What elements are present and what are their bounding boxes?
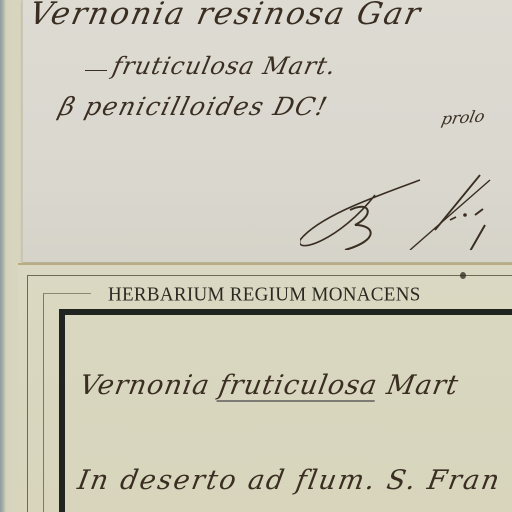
taxon-name: Vernonia fruticulosa Mart (77, 370, 461, 401)
taxon-genus: Vernonia (77, 370, 212, 401)
determination-line-2-text: fruticulosa Mart. (110, 52, 339, 80)
determination-line-1: Vernonia resinosa Gar (26, 0, 425, 32)
determination-line-3-trailing: prolo (440, 107, 487, 129)
taxon-epithet: fruticulosa (217, 370, 381, 401)
label-frame-corner-tick (43, 293, 91, 294)
determination-line-2: fruticulosa Mart. (82, 52, 339, 80)
ink-blot (460, 272, 466, 279)
collection-locality: In deserto ad flum. S. Fran (75, 465, 503, 496)
taxon-author: Mart (384, 370, 461, 401)
determination-line-3: β penicilloides DC! (56, 92, 331, 121)
institution-header: HERBARIUM REGIUM MONACENS (108, 283, 421, 306)
signature-mark (300, 160, 500, 250)
